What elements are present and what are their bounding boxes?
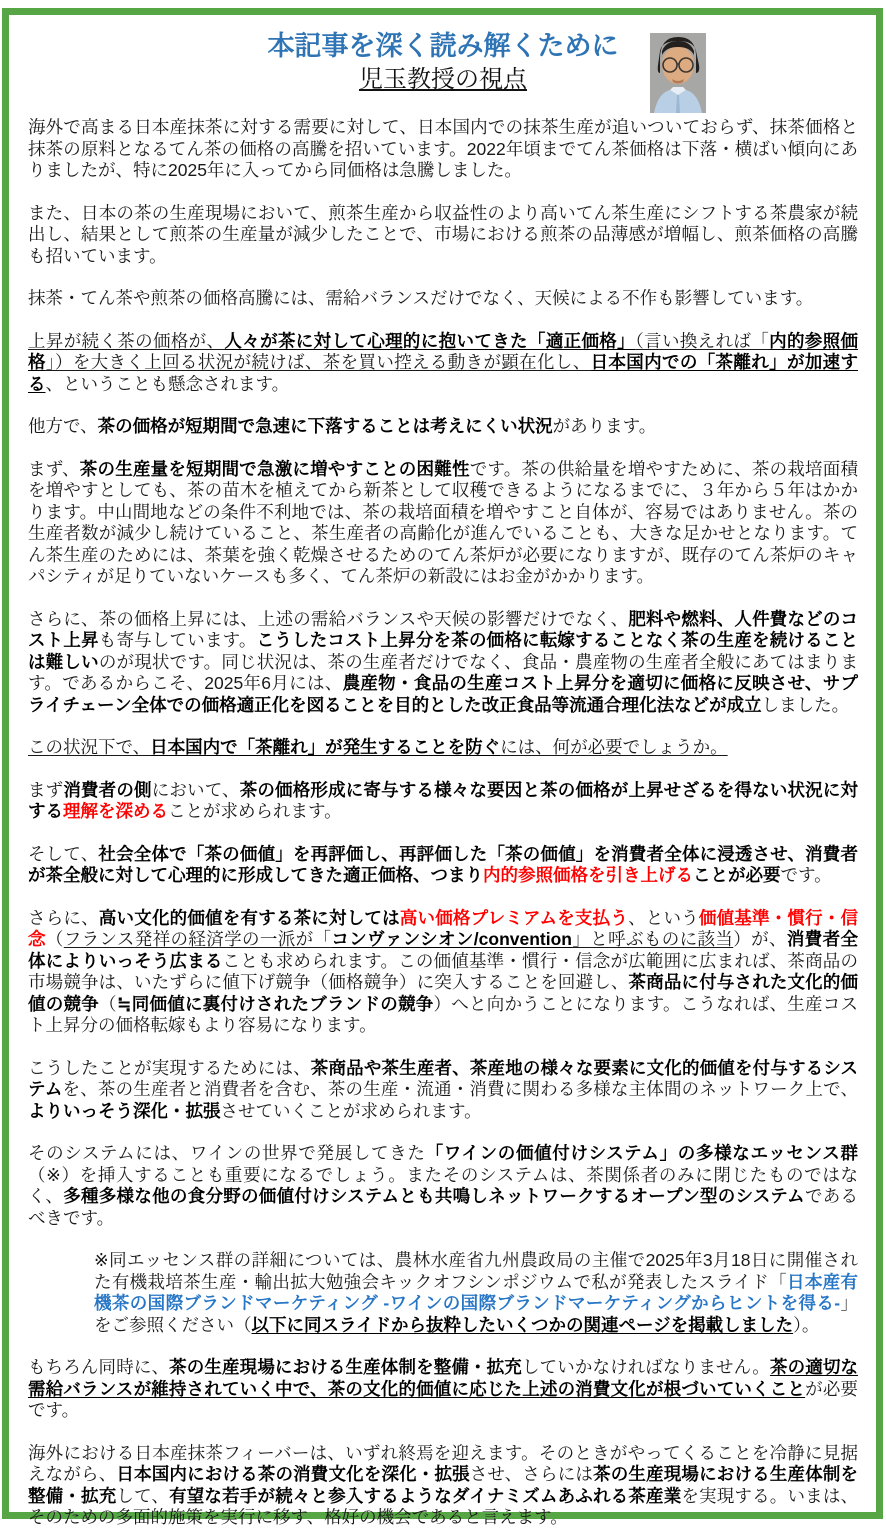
paragraph: 他方で、茶の価格が短期間で急速に下落することは考えにくい状況があります。 [28, 416, 858, 438]
text-run: させ、さらには [470, 1464, 593, 1484]
paragraph: そのシステムには、ワインの世界で発展してきた「ワインの価値付けシステム」の多様な… [28, 1143, 858, 1229]
text-run: を、茶の生産者と消費者を含む、茶の生産・流通・消費に関わる多様な主体間のネットワ… [63, 1079, 859, 1099]
paragraph: この状況下で、日本国内で「茶離れ」が発生することを防ぐには、何が必要でしょうか。 [28, 737, 858, 759]
paragraph: もちろん同時に、茶の生産現場における生産体制を整備・拡充していかなければなりませ… [28, 1357, 858, 1422]
text-run: させていくことが求められます。 [221, 1101, 482, 1121]
text-run: 抹茶・てん茶や煎茶の価格高騰には、需給バランスだけでなく、天候による不作も影響し… [28, 288, 813, 308]
article-body: 海外で高まる日本産抹茶に対する需要に対して、日本国内での抹茶生産が追いついておら… [28, 117, 858, 1528]
text-run: には、何が必要でしょうか。 [500, 737, 728, 757]
text-run: よりいっそう深化・拡張 [28, 1101, 221, 1121]
text-run: 、ということも懸念されます。 [46, 374, 290, 394]
text-run: そのシステムには、ワインの世界で発展してきた [28, 1143, 426, 1163]
text-run: まず [28, 780, 63, 800]
text-run: 他方で、 [28, 416, 98, 436]
text-run: もちろん同時に、 [28, 1357, 169, 1377]
text-run: ）が、 [733, 929, 787, 949]
paragraph: また、日本の茶の生産現場において、煎茶生産から収益性のより高いてん茶生産にシフト… [28, 203, 858, 268]
text-run: 海外で高まる日本産抹茶に対する需要に対して、日本国内での抹茶生産が追いついておら… [28, 117, 858, 180]
text-run: 高い価格プレミアムを支払う [400, 908, 628, 928]
paragraph: さらに、高い文化的価値を有する茶に対しては高い価格プレミアムを支払う、という価値… [28, 908, 858, 1037]
text-run: 茶の生産現場における生産体制を整備・拡充 [169, 1357, 522, 1377]
text-run: 内的参照価格を引き上げる [483, 865, 693, 885]
professor-photo [650, 33, 706, 113]
text-run: まず、 [28, 459, 80, 479]
paragraph: 海外における日本産抹茶フィーバーは、いずれ終焉を迎えます。そのときがやってくるこ… [28, 1443, 858, 1528]
paragraph: 海外で高まる日本産抹茶に対する需要に対して、日本国内での抹茶生産が追いついておら… [28, 117, 858, 182]
text-run: また、日本の茶の生産現場において、煎茶生産から収益性のより高いてん茶生産にシフト… [28, 203, 858, 266]
article-page: 本記事を深く読み解くために 児玉教授の視点 海外で高まる日本産抹茶に対する需要に… [2, 8, 883, 1519]
text-run: ※同エッセンス群の詳細については、農林水産省九州農政局の主催で2025年3月18… [94, 1250, 858, 1292]
text-run: 有望な若手が続々と参入するようなダイナミズムあふれる茶産業 [169, 1486, 681, 1506]
text-run: において、 [152, 780, 240, 800]
page-subtitle: 児玉教授の視点 [28, 65, 858, 95]
text-run: です。 [781, 865, 832, 885]
text-run: （ [46, 929, 64, 949]
text-run: 人々が茶に対して心理的に抱いてきた「適正価格」 [224, 331, 635, 351]
text-run: しました。 [762, 695, 850, 715]
paragraph: まず、茶の生産量を短期間で急激に増やすことの困難性です。茶の供給量を増やすために… [28, 459, 858, 588]
text-run: さらに、 [28, 908, 99, 928]
text-run: ことが必要 [693, 865, 781, 885]
text-run: 、という [628, 908, 699, 928]
text-run: 茶の生産量を短期間で急激に増やすことの困難性 [80, 459, 470, 479]
text-run: 上昇が続く茶の価格が、 [28, 331, 224, 351]
text-run: 消費者の側 [63, 780, 151, 800]
text-run: も寄与しています。 [99, 630, 257, 650]
text-run: 以下に同スライドから抜粋したいくつかの関連ページを掲載しました [252, 1315, 794, 1335]
text-run: （言い換えれば「 [635, 331, 769, 351]
text-run: 「ワインの価値付けシステム」の多様なエッセンス群 [426, 1143, 858, 1163]
text-run: 理解を深める [63, 801, 168, 821]
paragraph: ※同エッセンス群の詳細については、農林水産省九州農政局の主催で2025年3月18… [94, 1250, 858, 1336]
text-run: 」と呼ぶものに該当 [572, 929, 733, 949]
text-run: して、 [116, 1486, 169, 1506]
text-run: ≒同価値に裏付けされたブランドの競争 [117, 994, 434, 1014]
text-run: 多種多様な他の食分野の価値付けシステムとも共鳴しネットワークするオープン型のシス… [63, 1186, 805, 1206]
text-run: こうしたことが実現するためには、 [28, 1058, 311, 1078]
paragraph: そして、社会全体で「茶の価値」を再評価し、再評価した「茶の価値」を消費者全体に浸… [28, 844, 858, 887]
text-run: していかなければなりません。 [522, 1357, 770, 1377]
paragraph: こうしたことが実現するためには、茶商品や茶生産者、茶産地の様々な要素に文化的価値… [28, 1058, 858, 1123]
text-run: フランス発祥の経済学の一派が「 [64, 929, 332, 949]
paragraph: 抹茶・てん茶や煎茶の価格高騰には、需給バランスだけでなく、天候による不作も影響し… [28, 288, 858, 310]
paragraph: まず消費者の側において、茶の価格形成に寄与する様々な要因と茶の価格が上昇せざるを… [28, 780, 858, 823]
text-run: そして、 [28, 844, 98, 864]
text-run: 茶の価格が短期間で急速に下落することは考えにくい状況 [98, 416, 553, 436]
text-run: （ [99, 994, 117, 1014]
text-run: 」）を大きく上回る状況が続けば、茶を買い控える動きが顕在化し、 [46, 352, 591, 372]
text-run: があります。 [553, 416, 657, 436]
text-run: コンヴァンシオン/convention [331, 929, 572, 949]
text-run: さらに、茶の価格上昇には、上述の需給バランスや天候の影響だけでなく、 [28, 609, 628, 629]
text-run: この状況下で、 [28, 737, 150, 757]
text-run: 高い文化的価値を有する茶に対しては [99, 908, 400, 928]
paragraph: さらに、茶の価格上昇には、上述の需給バランスや天候の影響だけでなく、肥料や燃料、… [28, 609, 858, 717]
paragraph: 上昇が続く茶の価格が、人々が茶に対して心理的に抱いてきた「適正価格」（言い換えれ… [28, 331, 858, 396]
page-title: 本記事を深く読み解くために [28, 29, 858, 63]
text-run: ）。 [793, 1315, 819, 1335]
article-header: 本記事を深く読み解くために 児玉教授の視点 [28, 29, 858, 107]
text-run: 日本国内で「茶離れ」が発生することを防ぐ [150, 737, 500, 757]
text-run: 日本国内における茶の消費文化を深化・拡張 [116, 1464, 469, 1484]
text-run: ことが求められます。 [168, 801, 342, 821]
